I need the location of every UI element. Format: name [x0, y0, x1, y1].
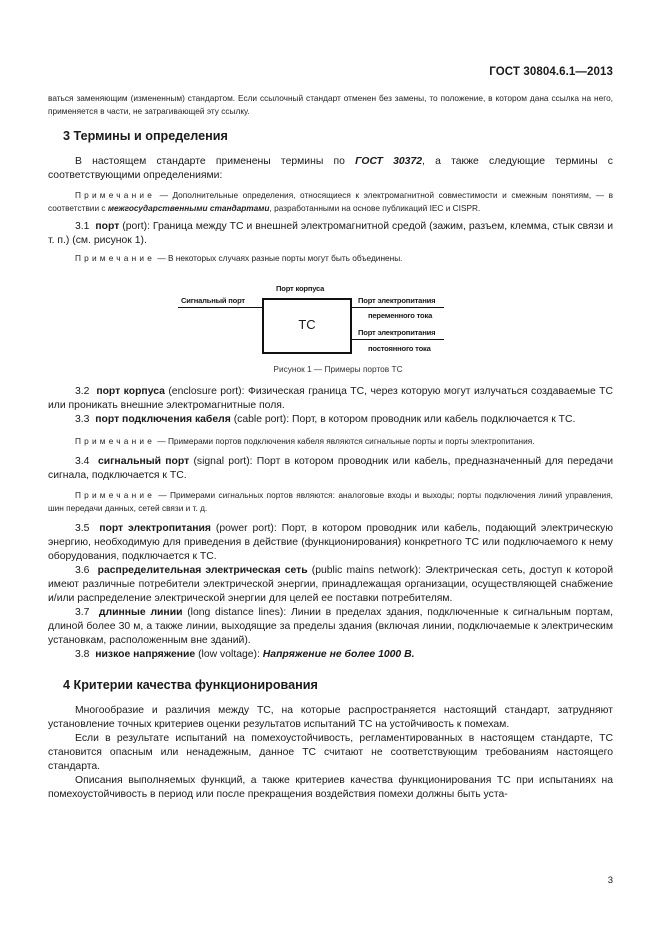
equipment-box: ТС	[262, 298, 352, 354]
dc-power-port-label-2: постоянного тока	[368, 344, 431, 353]
term-3-3: 3.3 порт подключения кабеля (cable port)…	[48, 413, 613, 427]
page-content: ваться заменяющим (измененным) стандарто…	[48, 92, 613, 802]
term-3-6: 3.6 распределительная электрическая сеть…	[48, 564, 613, 606]
term-3-7: 3.7 длинные линии (long distance lines):…	[48, 606, 613, 648]
note-label: Примечание	[75, 190, 155, 200]
section-3-intro: В настоящем стандарте применены термины …	[48, 155, 613, 183]
section-3-heading: 3 Термины и определения	[48, 129, 613, 143]
term-3-4: 3.4 сигнальный порт (signal port): Порт …	[48, 455, 613, 483]
enclosure-port-label: Порт корпуса	[276, 284, 324, 293]
signal-port-label: Сигнальный порт	[181, 296, 245, 305]
gost-reference: ГОСТ 30372	[355, 156, 422, 167]
note-3-3: Примечание — Примерами портов подключени…	[48, 435, 613, 448]
document-code-header: ГОСТ 30804.6.1—2013	[489, 66, 613, 78]
term-3-8: 3.8 низкое напряжение (low voltage): Нап…	[48, 648, 613, 662]
section-4-paragraph: Если в результате испытаний на помехоуст…	[48, 732, 613, 774]
ac-power-port-label-2: переменного тока	[368, 311, 432, 320]
section-4-paragraph: Описания выполняемых функций, а также кр…	[48, 774, 613, 802]
equipment-label: ТС	[264, 317, 350, 332]
figure-1-caption: Рисунок 1 — Примеры портов ТС	[178, 364, 498, 374]
dc-power-port-line	[351, 339, 444, 340]
note-3-1: Примечание — В некоторых случаях разные …	[48, 252, 613, 265]
note-3-4: Примечание — Примерами сигнальных портов…	[48, 489, 613, 514]
ac-power-port-label-1: Порт электропитания	[358, 296, 435, 305]
section-4-paragraph: Многообразие и различия между ТС, на кот…	[48, 704, 613, 732]
term-3-1: 3.1 порт (port): Граница между ТС и внеш…	[48, 220, 613, 248]
term-3-5: 3.5 порт электропитания (power port): По…	[48, 522, 613, 564]
section-4-heading: 4 Критерии качества функционирования	[48, 678, 613, 692]
term-3-2: 3.2 порт корпуса (enclosure port): Физич…	[48, 385, 613, 413]
note-1: Примечание — Дополнительные определения,…	[48, 189, 613, 214]
dc-power-port-label-1: Порт электропитания	[358, 328, 435, 337]
page-number: 3	[608, 875, 613, 886]
signal-port-line	[178, 307, 263, 308]
continuation-paragraph: ваться заменяющим (измененным) стандарто…	[48, 92, 613, 117]
ac-power-port-line	[351, 307, 444, 308]
figure-1-ports-diagram: Порт корпуса Сигнальный порт ТС Порт эле…	[178, 281, 498, 373]
